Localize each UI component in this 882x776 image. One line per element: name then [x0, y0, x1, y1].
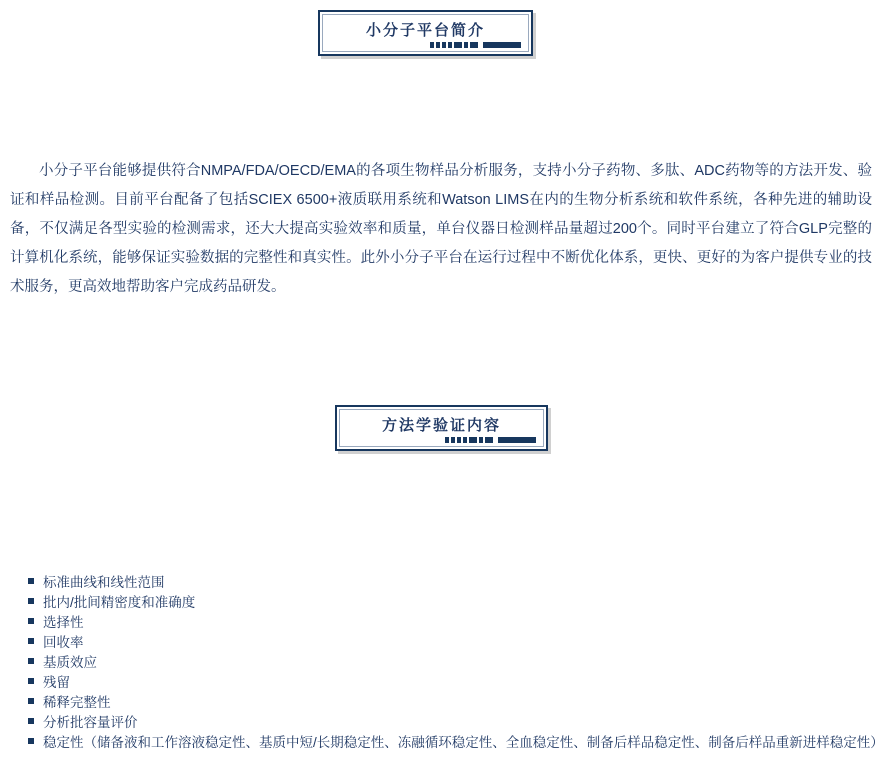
dash-square [485, 437, 493, 443]
dash-decoration-icon [443, 437, 536, 443]
list-item: 回收率 [28, 631, 876, 651]
list-item: 基质效应 [28, 651, 876, 671]
list-item-label: 回收率 [43, 631, 84, 651]
validation-list: 标准曲线和线性范围 批内/批间精密度和准确度 选择性 回收率 基质效应 [28, 571, 876, 751]
list-item: 标准曲线和线性范围 [28, 571, 876, 591]
section1-title-inner-frame: 小分子平台简介 [322, 14, 529, 52]
list-item-label: 残留 [43, 671, 70, 691]
list-item-label: 稀释完整性 [43, 691, 111, 711]
list-item-label: 选择性 [43, 611, 84, 631]
dash-square [470, 42, 478, 48]
square-bullet-icon [28, 618, 34, 624]
square-bullet-icon [28, 738, 34, 744]
list-item: 稳定性（储备液和工作溶液稳定性、基质中短/长期稳定性、冻融循环稳定性、全血稳定性… [28, 731, 876, 751]
dash-square [445, 437, 449, 443]
dash-square [479, 437, 483, 443]
section2-title-box: 方法学验证内容 [335, 405, 548, 451]
square-bullet-icon [28, 638, 34, 644]
list-item-label: 基质效应 [43, 651, 97, 671]
list-item-label: 标准曲线和线性范围 [43, 571, 165, 591]
list-item-label: 分析批容量评价 [43, 711, 138, 731]
square-bullet-icon [28, 598, 34, 604]
section2-title-inner-frame: 方法学验证内容 [339, 409, 544, 447]
list-item: 稀释完整性 [28, 691, 876, 711]
square-bullet-icon [28, 698, 34, 704]
dash-square [430, 42, 434, 48]
dash-square [448, 42, 452, 48]
list-item: 选择性 [28, 611, 876, 631]
list-item: 残留 [28, 671, 876, 691]
dash-square [457, 437, 461, 443]
list-item: 分析批容量评价 [28, 711, 876, 731]
list-item: 批内/批间精密度和准确度 [28, 591, 876, 611]
square-bullet-icon [28, 678, 34, 684]
list-item-label: 批内/批间精密度和准确度 [43, 591, 195, 611]
dash-square [442, 42, 446, 48]
list-item-label: 稳定性（储备液和工作溶液稳定性、基质中短/长期稳定性、冻融循环稳定性、全血稳定性… [43, 731, 882, 751]
dash-decoration-icon [428, 42, 521, 48]
dash-square [464, 42, 468, 48]
dash-square [454, 42, 462, 48]
dash-bar [483, 42, 521, 48]
dash-square [451, 437, 455, 443]
square-bullet-icon [28, 658, 34, 664]
dash-square [463, 437, 467, 443]
square-bullet-icon [28, 578, 34, 584]
page: 小分子平台简介 小分子平台能够提供符合NMPA/FDA/OECD/EMA的各项生… [0, 0, 882, 776]
section1-title-box: 小分子平台简介 [318, 10, 533, 56]
dash-square [469, 437, 477, 443]
dash-square [436, 42, 440, 48]
dash-bar [498, 437, 536, 443]
square-bullet-icon [28, 718, 34, 724]
intro-paragraph: 小分子平台能够提供符合NMPA/FDA/OECD/EMA的各项生物样品分析服务，… [10, 157, 872, 302]
